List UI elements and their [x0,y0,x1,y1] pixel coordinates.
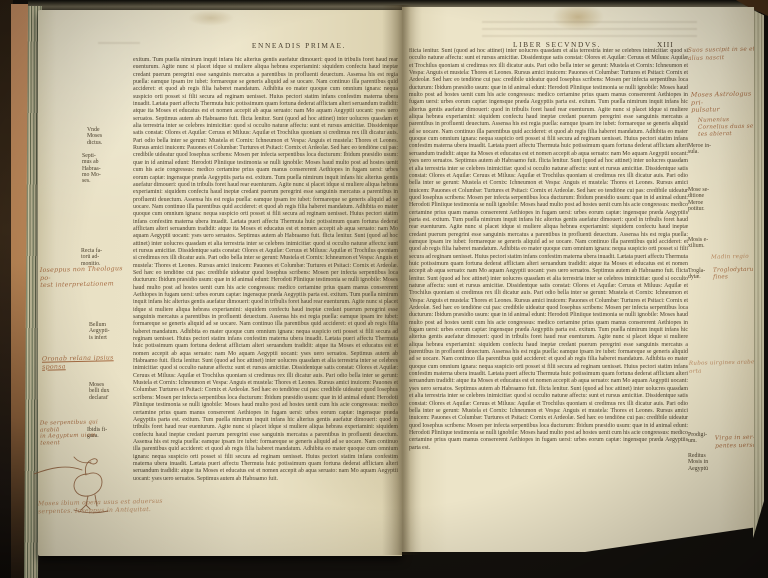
ibis-sketch [32,448,127,518]
handwritten-note: Oronab relana ipsius sponsa [42,354,117,371]
left-page: ENNEADIS PRIMAE. exitum. Tum puella nimi… [38,10,402,556]
margin-note-reditus-mosis: Reditus Mosis in Aegyptū [688,453,708,472]
handwritten-note: Ioseppus non Theologus po- test interpre… [40,265,132,290]
stain [552,3,604,31]
show-through [98,40,140,49]
show-through [482,19,697,39]
handwritten-note: De serpentibus qui arabiā in Aegyptum ui… [40,419,101,447]
right-page: LIBER SECVNDVS. XIII flicta lenitur. Sun… [402,7,754,552]
body-text-left: exitum. Tum puella nimirum inquit infans… [133,57,398,523]
margin-note-recta-fatorum: Recta fa- torū ad- monitio. [81,248,102,267]
book-photo: ENNEADIS PRIMAE. exitum. Tum puella nimi… [0,0,768,578]
margin-note-septimus: Septi- mus ab Habraa- mo Mo- ses. [82,153,101,184]
margin-note-mosis-exilium: Mosis e- xilium. [688,237,708,250]
stain [188,10,234,26]
margin-note-meroe-insula: Meroe in- sula. [688,143,711,156]
margin-note-troglodytae: Trogla- dytæ. [688,268,705,281]
running-title-left: ENNEADIS PRIMAE. [249,41,349,50]
margin-note-bellum-aegyptiis: Bellum Aegypti- is infert [89,322,110,341]
margin-note-prodigium: Prodigi- um. [688,432,707,445]
page-stack-right [753,10,764,538]
body-text-right: flicta lenitur. Sunt (quod ad hoc attine… [409,48,688,534]
margin-note-belli-dux: Moses belli dux declarat' [89,382,109,401]
margin-note-meroe-potitur: Mose se- ditione Meroe potitur. [688,187,709,212]
margin-note-unde-moses: Vnde Moses dictus. [87,127,102,146]
